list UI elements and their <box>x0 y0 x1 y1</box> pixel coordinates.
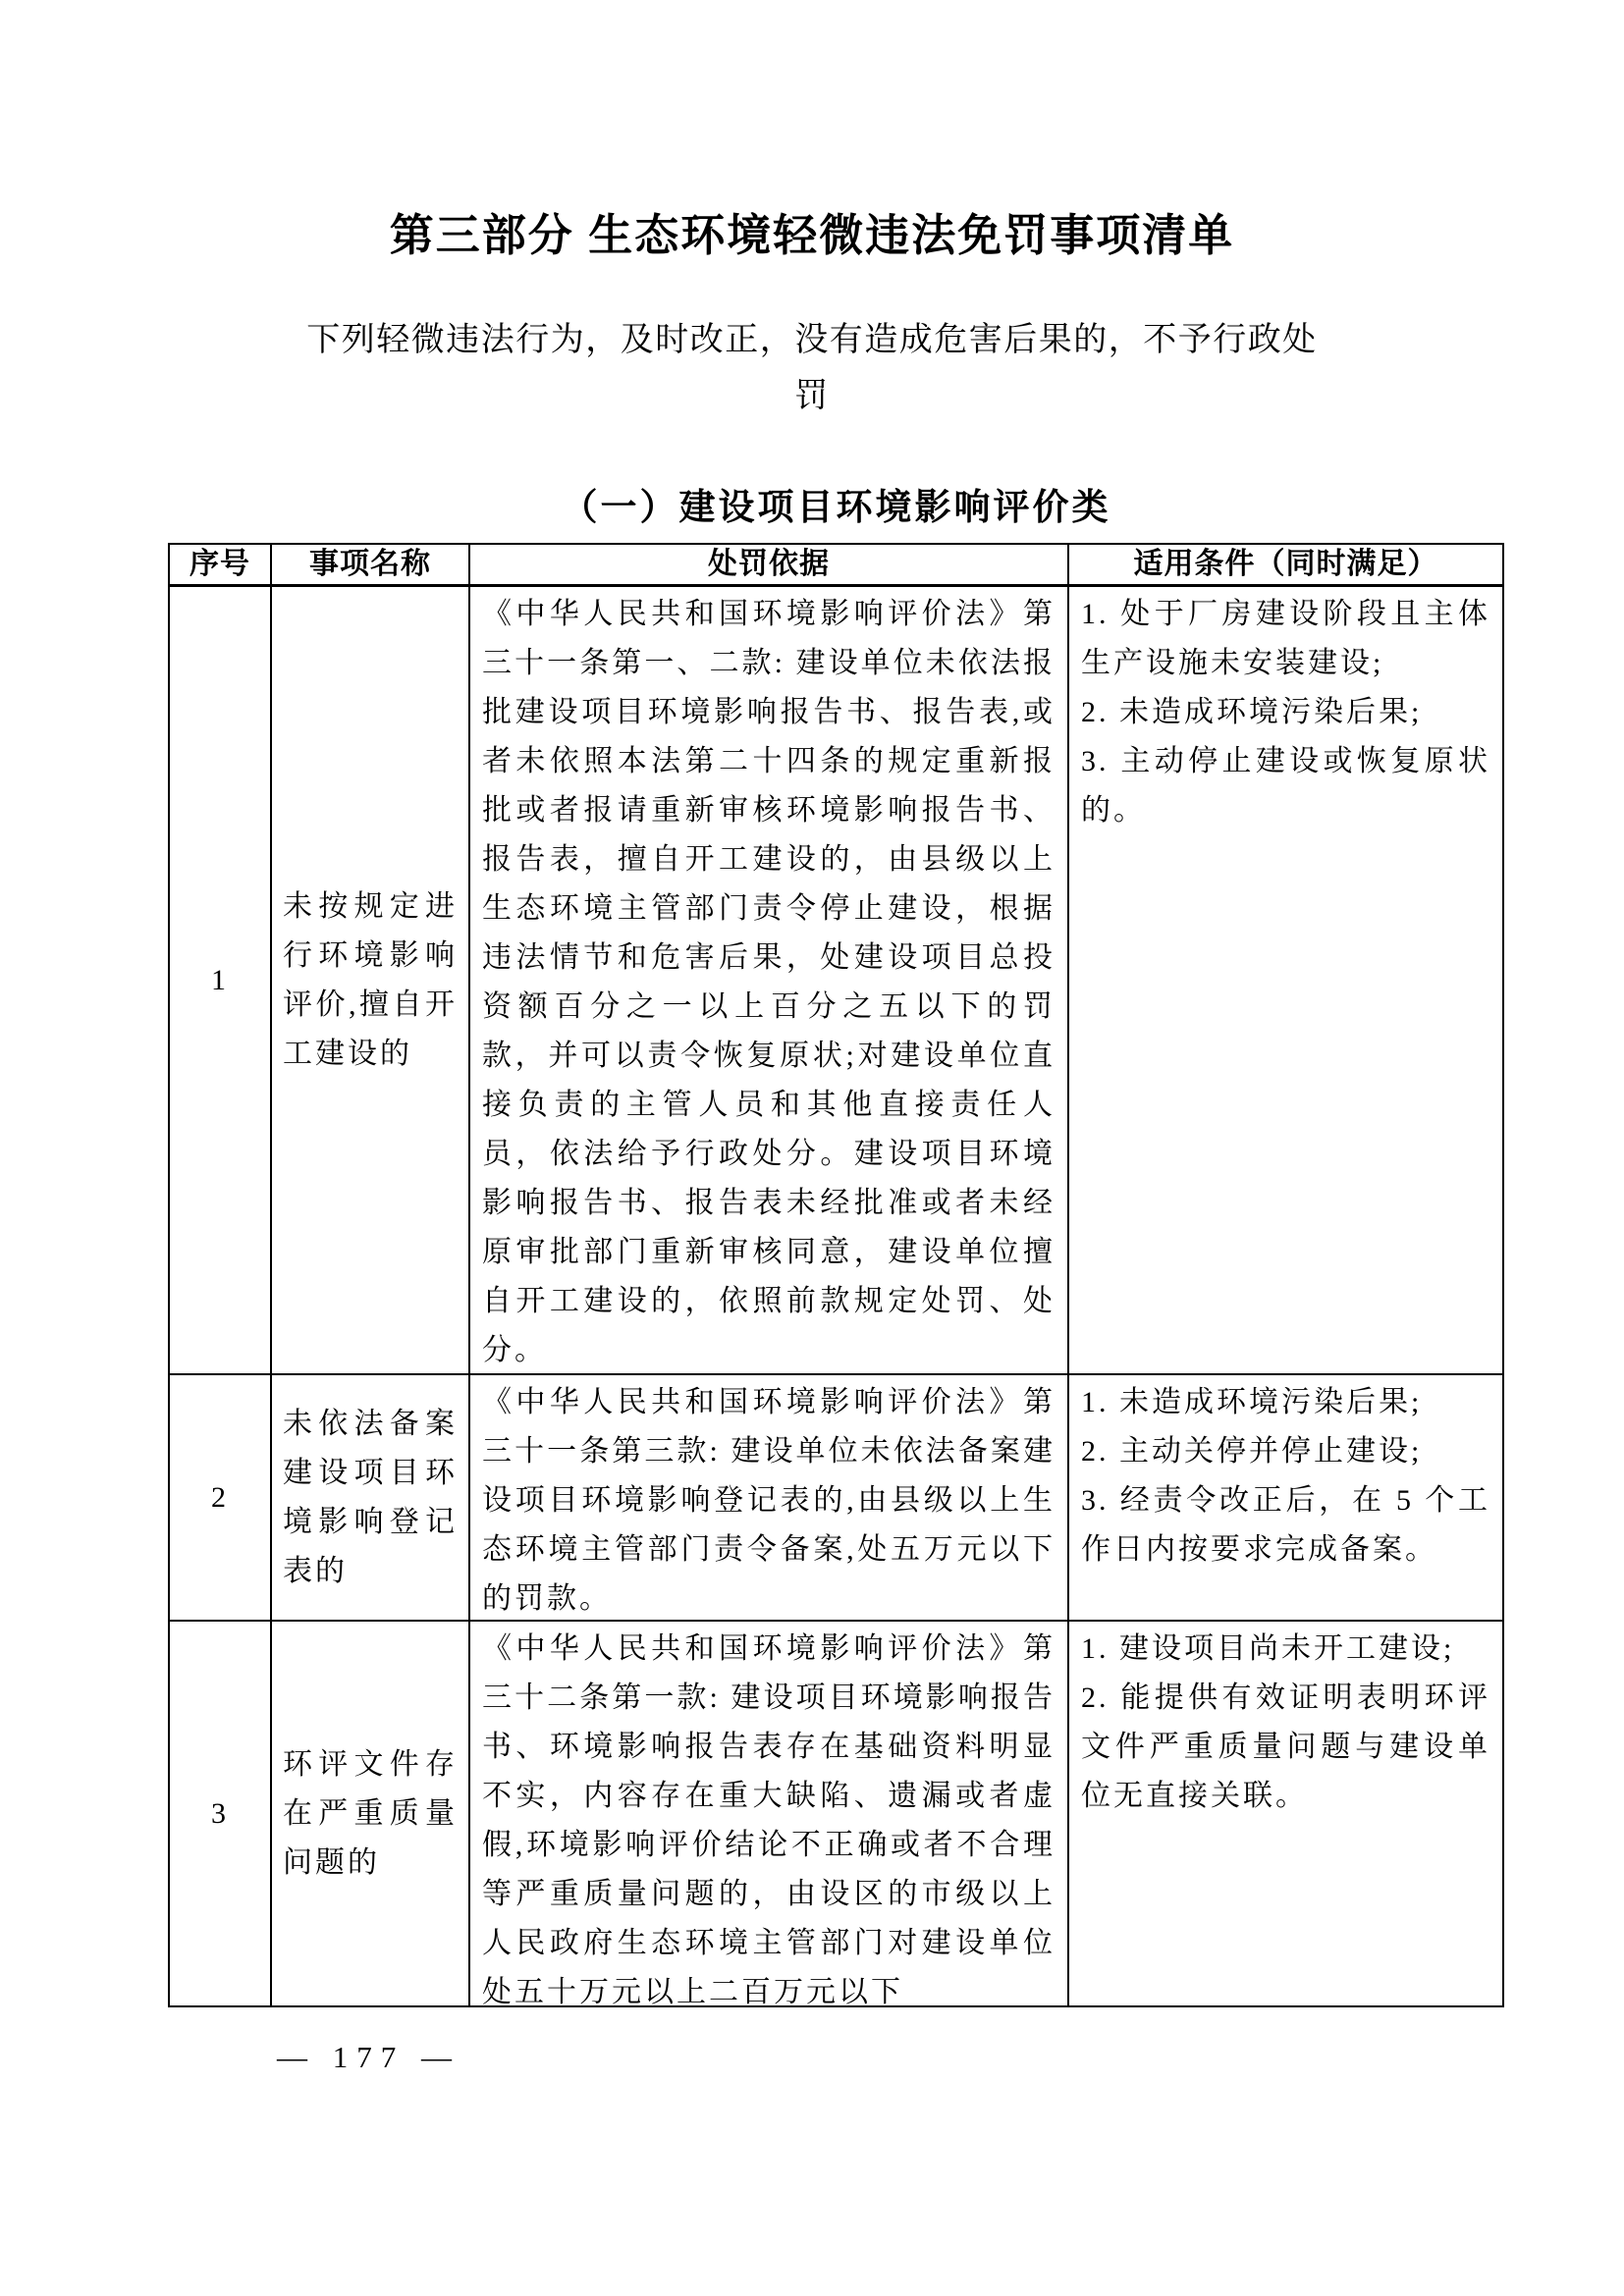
penalty-basis-cell: 《中华人民共和国环境影响评价法》第三十一条第三款: 建设单位未依法备案建设项目环… <box>470 1375 1069 1622</box>
header-cell-penalty-basis: 处罚依据 <box>470 545 1069 587</box>
condition-line: 2. 主动关停并停止建设; <box>1081 1427 1490 1476</box>
item-name-cell: 未依法备案建设项目环境影响登记表的 <box>272 1375 470 1622</box>
serial-cell: 1 <box>170 587 272 1375</box>
serial-number: 1 <box>211 956 229 1005</box>
item-name-cell: 未按规定进行环境影响评价,擅自开工建设的 <box>272 587 470 1375</box>
document-page: 第三部分 生态环境轻微违法免罚事项清单 下列轻微违法行为，及时改正，没有造成危害… <box>0 0 1624 2296</box>
penalty-basis-text: 《中华人民共和国环境影响评价法》第三十一条第一、二款: 建设单位未依法报批建设项… <box>482 590 1056 1375</box>
header-cell-item-name: 事项名称 <box>272 545 470 587</box>
serial-number: 3 <box>211 1789 229 1839</box>
penalty-table: 序号 事项名称 处罚依据 适用条件（同时满足） 1 未按规定进行环境影响评价,擅… <box>168 543 1504 2007</box>
condition-line: 1. 未造成环境污染后果; <box>1081 1378 1490 1427</box>
page-number: — 177 — <box>277 2040 460 2075</box>
penalty-basis-text: 《中华人民共和国环境影响评价法》第三十二条第一款: 建设项目环境影响报告书、环境… <box>482 1625 1056 2005</box>
item-name-text: 环评文件存在严重质量问题的 <box>283 1740 458 1888</box>
serial-number: 2 <box>211 1473 229 1522</box>
item-name-text: 未依法备案建设项目环境影响登记表的 <box>283 1400 458 1596</box>
section-heading: （一）建设项目环境影响评价类 <box>168 477 1504 530</box>
conditions-cell: 1. 未造成环境污染后果; 2. 主动关停并停止建设; 3. 经责令改正后，在 … <box>1069 1375 1502 1622</box>
penalty-basis-cell: 《中华人民共和国环境影响评价法》第三十二条第一款: 建设项目环境影响报告书、环境… <box>470 1622 1069 2005</box>
page-title: 第三部分 生态环境轻微违法免罚事项清单 <box>0 199 1624 263</box>
condition-line: 3. 经责令改正后，在 5 个工作日内按要求完成备案。 <box>1081 1476 1490 1575</box>
header-cell-serial: 序号 <box>170 545 272 587</box>
condition-line: 2. 能提供有效证明表明环评文件严重质量问题与建设单位无直接关联。 <box>1081 1674 1490 1821</box>
conditions-cell: 1. 处于厂房建设阶段且主体生产设施未安装建设; 2. 未造成环境污染后果; 3… <box>1069 587 1502 1375</box>
condition-line: 2. 未造成环境污染后果; <box>1081 688 1490 737</box>
condition-line: 1. 建设项目尚未开工建设; <box>1081 1625 1490 1674</box>
condition-line: 1. 处于厂房建设阶段且主体生产设施未安装建设; <box>1081 590 1490 688</box>
condition-line: 3. 主动停止建设或恢复原状的。 <box>1081 737 1490 835</box>
conditions-cell: 1. 建设项目尚未开工建设; 2. 能提供有效证明表明环评文件严重质量问题与建设… <box>1069 1622 1502 2005</box>
penalty-basis-cell: 《中华人民共和国环境影响评价法》第三十一条第一、二款: 建设单位未依法报批建设项… <box>470 587 1069 1375</box>
item-name-text: 未按规定进行环境影响评价,擅自开工建设的 <box>283 882 458 1079</box>
subtitle: 下列轻微违法行为，及时改正，没有造成危害后果的，不予行政处罚 <box>292 312 1332 424</box>
serial-cell: 2 <box>170 1375 272 1622</box>
item-name-cell: 环评文件存在严重质量问题的 <box>272 1622 470 2005</box>
header-cell-conditions: 适用条件（同时满足） <box>1069 545 1502 587</box>
serial-cell: 3 <box>170 1622 272 2005</box>
penalty-basis-text: 《中华人民共和国环境影响评价法》第三十一条第三款: 建设单位未依法备案建设项目环… <box>482 1378 1056 1622</box>
